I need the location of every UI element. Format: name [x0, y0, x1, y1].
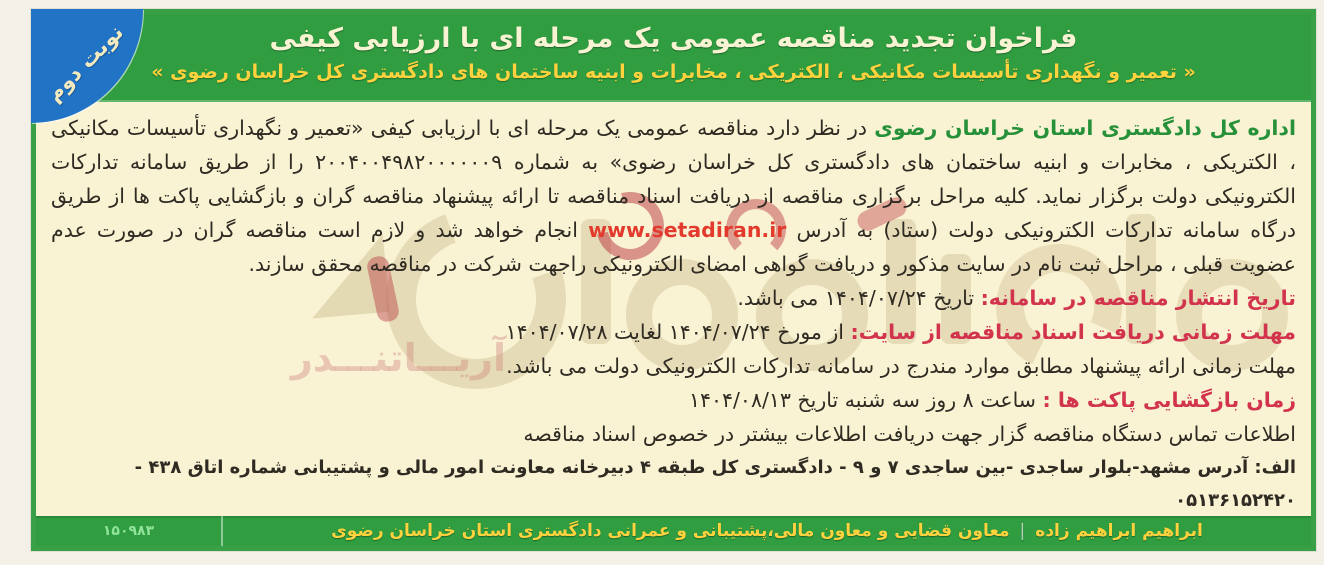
publish-date-label: تاریخ انتشار مناقصه در سامانه:: [981, 286, 1296, 310]
opening-time-line: زمان بازگشایی پاکت ها : ساعت ۸ روز سه شن…: [51, 383, 1296, 417]
publish-date-value: تاریخ ۱۴۰۴/۰۷/۲۴ می باشد.: [737, 286, 980, 310]
notice-paragraph: اداره کل دادگستری استان خراسان رضوی در ن…: [51, 111, 1296, 281]
docs-deadline-label: مهلت زمانی دریافت اسناد مناقصه از سایت:: [851, 320, 1296, 344]
opening-time-label: زمان بازگشایی پاکت ها :: [1043, 388, 1296, 412]
docs-deadline-line: مهلت زمانی دریافت اسناد مناقصه از سایت: …: [51, 315, 1296, 349]
agency-name: اداره کل دادگستری استان خراسان رضوی: [874, 116, 1296, 140]
header-band: فراخوان تجدید مناقصه عمومی یک مرحله ای ب…: [36, 14, 1311, 102]
publish-date-line: تاریخ انتشار مناقصه در سامانه: تاریخ ۱۴۰…: [51, 281, 1296, 315]
offer-deadline-line: مهلت زمانی ارائه پیشنهاد مطابق موارد مند…: [51, 349, 1296, 383]
notice-body: اداره کل دادگستری استان خراسان رضوی در ن…: [36, 104, 1311, 514]
newspaper-scan-page: { "meta": { "notice_badge": "نوبت دوم", …: [0, 0, 1324, 565]
footer-band: ابراهیم ابراهیم زاده | معاون قضایی و معا…: [36, 516, 1311, 546]
footer-divider: |: [1020, 521, 1026, 541]
footer-signature: ابراهیم ابراهیم زاده | معاون قضایی و معا…: [223, 521, 1311, 541]
opening-time-value: ساعت ۸ روز سه شنبه تاریخ ۱۴۰۴/۰۸/۱۳: [689, 388, 1043, 412]
ad-reference-number: ۱۵۰۹۸۳: [36, 516, 223, 546]
notice-subtitle: « تعمیر و نگهداری تأسیسات مکانیکی ، الکت…: [36, 61, 1311, 83]
signatory-title: معاون قضایی و معاون مالی،پشتیبانی و عمرا…: [331, 521, 1009, 541]
contact-note-line: اطلاعات تماس دستگاه مناقصه گزار جهت دریا…: [51, 417, 1296, 451]
docs-deadline-value: از مورخ ۱۴۰۴/۰۷/۲۴ لغایت ۱۴۰۴/۰۷/۲۸: [506, 320, 851, 344]
tender-notice-frame: فراخوان تجدید مناقصه عمومی یک مرحله ای ب…: [31, 9, 1316, 551]
setadiran-url: www.setadiran.ir: [588, 218, 786, 242]
notice-title: فراخوان تجدید مناقصه عمومی یک مرحله ای ب…: [36, 14, 1311, 54]
signatory-name: ابراهیم ابراهیم زاده: [1035, 521, 1203, 541]
address-line: الف: آدرس مشهد-بلوار ساجدی -بین ساجدی ۷ …: [51, 451, 1296, 517]
